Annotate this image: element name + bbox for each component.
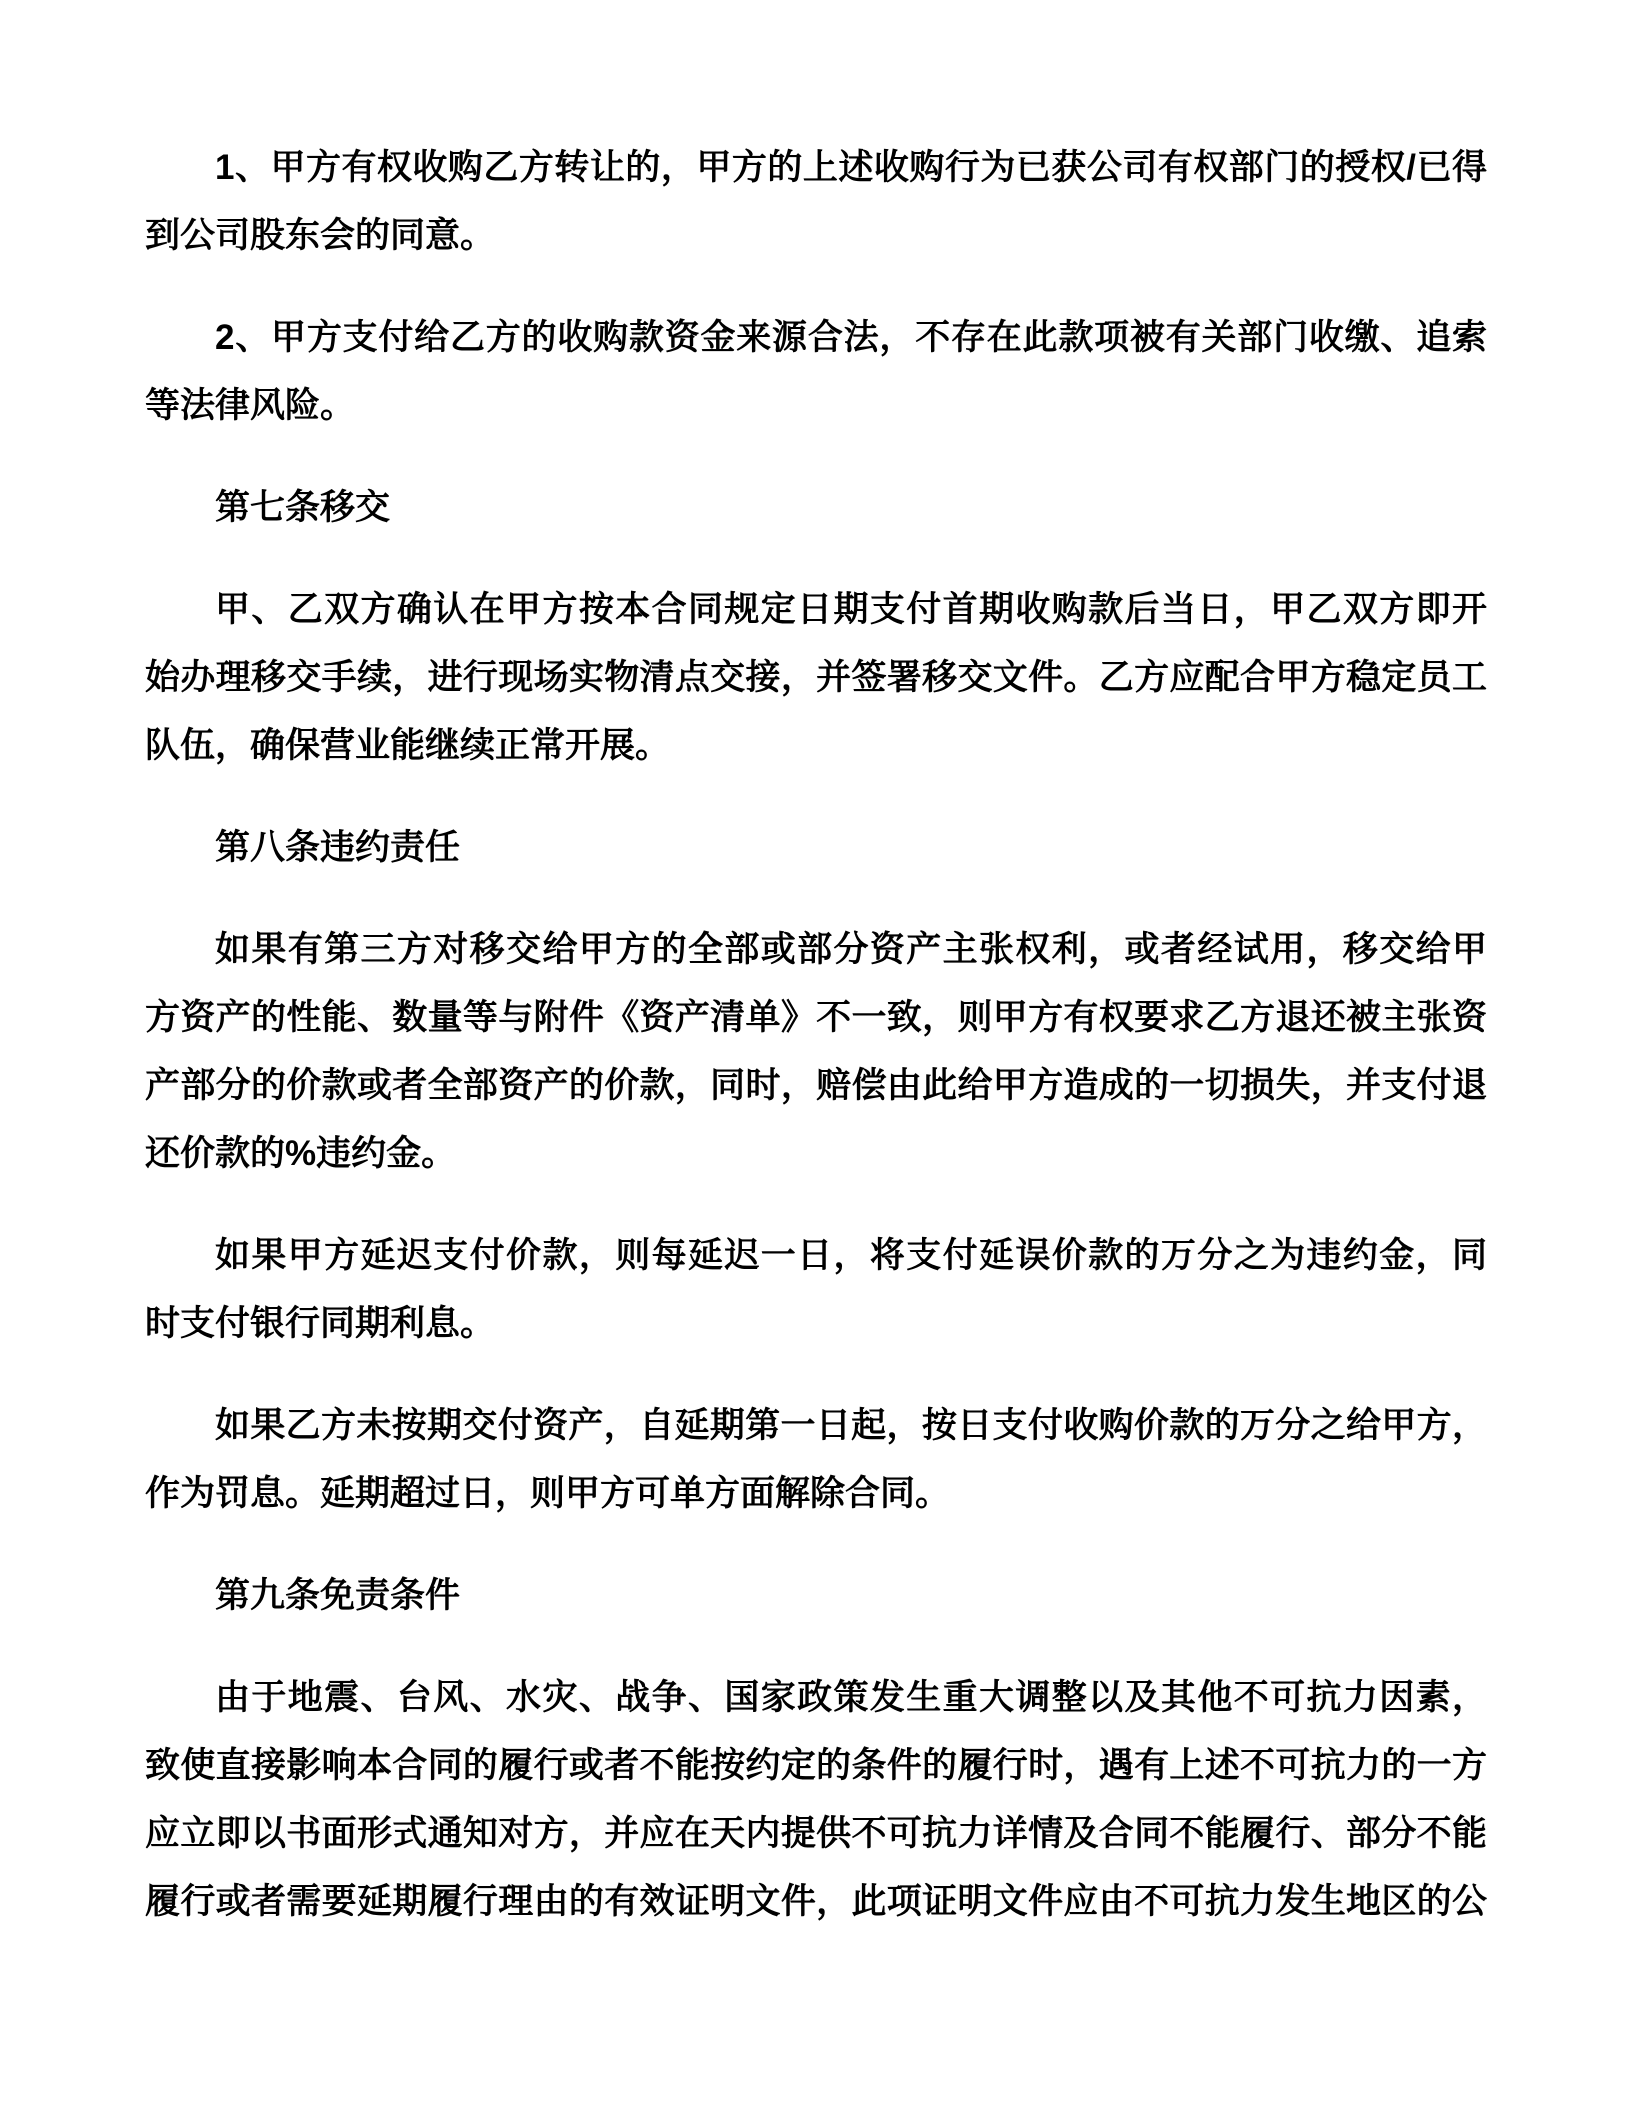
para-warranty-2: 2、甲方支付给乙方的收购款资金来源合法，不存在此款项被有关部门收缴、追索等法律风… bbox=[145, 304, 1487, 440]
document-page: 1、甲方有权收购乙方转让的，甲方的上述收购行为已获公司有权部门的授权/已得到公司… bbox=[0, 0, 1632, 2112]
para-article-7-handover: 甲、乙双方确认在甲方按本合同规定日期支付首期收购款后当日，甲乙双方即开始办理移交… bbox=[145, 576, 1487, 780]
text-line: 还价款的%违约金。 bbox=[145, 1120, 1487, 1188]
text-line: 时支付银行同期利息。 bbox=[145, 1290, 1487, 1358]
text-line: 第八条违约责任 bbox=[145, 814, 1487, 882]
text-line: 作为罚息。延期超过日，则甲方可单方面解除合同。 bbox=[145, 1460, 1487, 1528]
text-line: 等法律风险。 bbox=[145, 372, 1487, 440]
para-warranty-1: 1、甲方有权收购乙方转让的，甲方的上述收购行为已获公司有权部门的授权/已得到公司… bbox=[145, 134, 1487, 270]
text-line: 2、甲方支付给乙方的收购款资金来源合法，不存在此款项被有关部门收缴、追索 bbox=[145, 304, 1487, 372]
text-line: 第七条移交 bbox=[145, 474, 1487, 542]
text-line: 到公司股东会的同意。 bbox=[145, 202, 1487, 270]
contract-body: 1、甲方有权收购乙方转让的，甲方的上述收购行为已获公司有权部门的授权/已得到公司… bbox=[145, 134, 1487, 1936]
text-line: 产部分的价款或者全部资产的价款，同时，赔偿由此给甲方造成的一切损失，并支付退 bbox=[145, 1052, 1487, 1120]
text-line: 如果乙方未按期交付资产，自延期第一日起，按日支付收购价款的万分之给甲方， bbox=[145, 1392, 1487, 1460]
text-line: 甲、乙双方确认在甲方按本合同规定日期支付首期收购款后当日，甲乙双方即开 bbox=[145, 576, 1487, 644]
para-article-8-breach-3: 如果乙方未按期交付资产，自延期第一日起，按日支付收购价款的万分之给甲方，作为罚息… bbox=[145, 1392, 1487, 1528]
text-line: 应立即以书面形式通知对方，并应在天内提供不可抗力详情及合同不能履行、部分不能 bbox=[145, 1800, 1487, 1868]
para-article-8-breach-1: 如果有第三方对移交给甲方的全部或部分资产主张权利，或者经试用，移交给甲方资产的性… bbox=[145, 916, 1487, 1188]
heading-article-8: 第八条违约责任 bbox=[145, 814, 1487, 882]
heading-article-9: 第九条免责条件 bbox=[145, 1562, 1487, 1630]
text-line: 始办理移交手续，进行现场实物清点交接，并签署移交文件。乙方应配合甲方稳定员工 bbox=[145, 644, 1487, 712]
para-article-8-breach-2: 如果甲方延迟支付价款，则每延迟一日，将支付延误价款的万分之为违约金，同时支付银行… bbox=[145, 1222, 1487, 1358]
text-line: 方资产的性能、数量等与附件《资产清单》不一致，则甲方有权要求乙方退还被主张资 bbox=[145, 984, 1487, 1052]
text-line: 由于地震、台风、水灾、战争、国家政策发生重大调整以及其他不可抗力因素， bbox=[145, 1664, 1487, 1732]
text-line: 如果甲方延迟支付价款，则每延迟一日，将支付延误价款的万分之为违约金，同 bbox=[145, 1222, 1487, 1290]
text-line: 队伍，确保营业能继续正常开展。 bbox=[145, 712, 1487, 780]
para-article-9-force-majeure: 由于地震、台风、水灾、战争、国家政策发生重大调整以及其他不可抗力因素，致使直接影… bbox=[145, 1664, 1487, 1936]
text-line: 第九条免责条件 bbox=[145, 1562, 1487, 1630]
heading-article-7: 第七条移交 bbox=[145, 474, 1487, 542]
text-line: 1、甲方有权收购乙方转让的，甲方的上述收购行为已获公司有权部门的授权/已得 bbox=[145, 134, 1487, 202]
text-line: 履行或者需要延期履行理由的有效证明文件，此项证明文件应由不可抗力发生地区的公 bbox=[145, 1868, 1487, 1936]
text-line: 致使直接影响本合同的履行或者不能按约定的条件的履行时，遇有上述不可抗力的一方 bbox=[145, 1732, 1487, 1800]
text-line: 如果有第三方对移交给甲方的全部或部分资产主张权利，或者经试用，移交给甲 bbox=[145, 916, 1487, 984]
